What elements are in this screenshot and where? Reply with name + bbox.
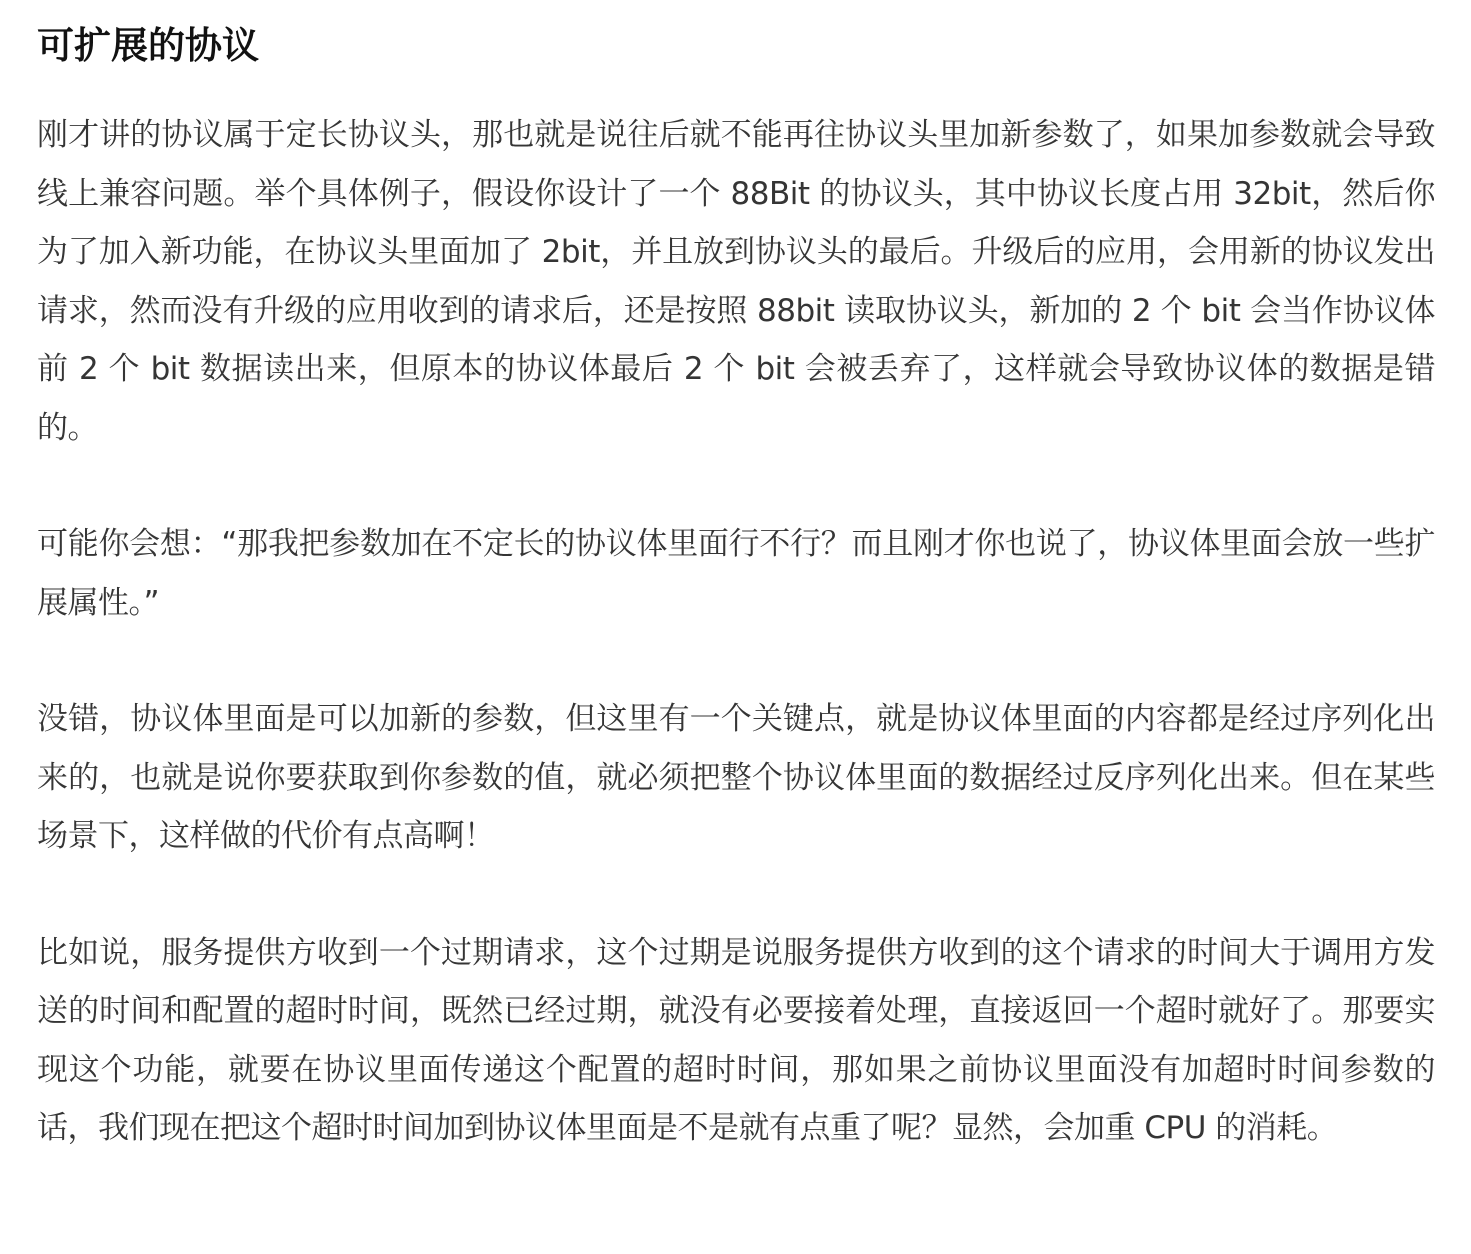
- paragraph-variable-body-question: 可能你会想：“那我把参数加在不定长的协议体里面行不行？而且刚才你也说了，协议体里…: [37, 515, 1435, 632]
- paragraph-timeout-example: 比如说，服务提供方收到一个过期请求，这个过期是说服务提供方收到的这个请求的时间大…: [37, 924, 1435, 1158]
- paragraph-serialization-cost: 没错，协议体里面是可以加新的参数，但这里有一个关键点，就是协议体里面的内容都是经…: [37, 690, 1435, 866]
- section-heading: 可扩展的协议: [37, 0, 1435, 76]
- article: 可扩展的协议 刚才讲的协议属于定长协议头，那也就是说往后就不能再往协议头里加新参…: [0, 0, 1471, 1158]
- paragraph-fixed-header-problem: 刚才讲的协议属于定长协议头，那也就是说往后就不能再往协议头里加新参数了，如果加参…: [37, 106, 1435, 457]
